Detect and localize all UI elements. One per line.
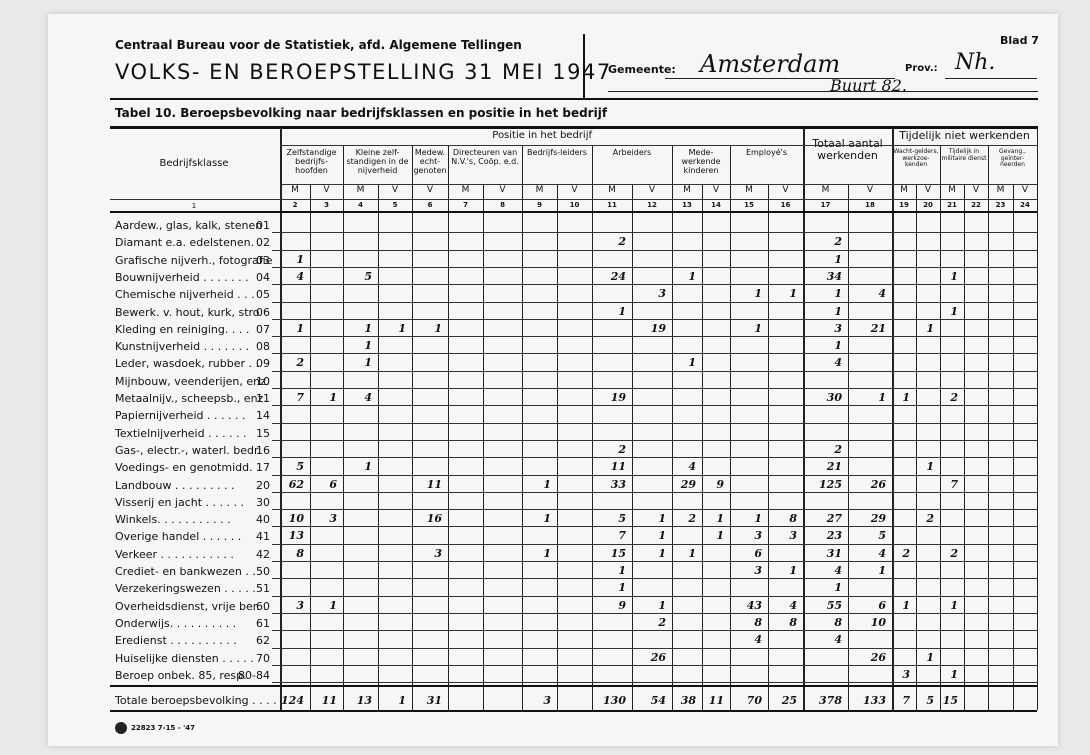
- row-code: 30: [245, 496, 270, 509]
- data-cell-value: 1: [522, 547, 551, 560]
- row-code: 08: [245, 340, 270, 353]
- data-cell-value: 19: [592, 391, 626, 404]
- data-cell-value: 10: [848, 616, 886, 629]
- data-cell-value: 1: [803, 287, 842, 300]
- column-group-header: Gevang., geïnter-neerden: [988, 149, 1037, 169]
- data-cell-value: 1: [672, 270, 696, 283]
- grid-vline: [412, 145, 413, 710]
- data-cell-value: 8: [803, 616, 842, 629]
- sex-column-header: M: [672, 186, 702, 196]
- grid-hline: [272, 440, 1037, 441]
- grid-vline: [988, 145, 989, 710]
- row-code: 02: [245, 236, 270, 249]
- column-group-header: Totaal aantal werkenden: [803, 138, 892, 162]
- data-cell-value: 4: [848, 547, 886, 560]
- form-title: VOLKS- EN BEROEPSTELLING 31 MEI 1947: [115, 60, 612, 84]
- data-cell-value: 8: [768, 512, 797, 525]
- grid-hline: [272, 682, 1037, 683]
- column-number: 23: [988, 202, 1013, 210]
- bureau-name: Centraal Bureau voor de Statistiek, afd.…: [115, 38, 612, 52]
- row-code: 80-84: [230, 669, 270, 682]
- total-cell-value: 124: [280, 694, 304, 707]
- data-cell-value: 2: [592, 443, 626, 456]
- data-cell-value: 1: [592, 305, 626, 318]
- column-number: 24: [1013, 202, 1037, 210]
- grid-hline: [272, 526, 1037, 527]
- grid-hline: [272, 561, 1037, 562]
- column-number: 3: [310, 202, 343, 210]
- table-title: Tabel 10. Beroepsbevolking naar bedrijfs…: [115, 106, 607, 120]
- grid-hline: [272, 475, 1037, 476]
- data-cell-value: 26: [848, 478, 886, 491]
- data-cell-value: 2: [803, 235, 842, 248]
- column-group-header: Zelfstandige bedrijfs-hoofden: [280, 149, 343, 175]
- data-cell-value: 1: [412, 322, 442, 335]
- data-cell-value: 1: [892, 391, 910, 404]
- row-label: Crediet- en bankwezen . .: [115, 565, 256, 578]
- data-cell-value: 7: [592, 529, 626, 542]
- data-cell-value: 2: [940, 547, 958, 560]
- column-number: 1: [110, 203, 278, 211]
- grid-hline: [272, 336, 1037, 337]
- grid-vline: [448, 145, 449, 710]
- grid-hline: [110, 685, 1037, 687]
- data-cell-value: 1: [916, 651, 934, 664]
- row-code: 62: [245, 634, 270, 647]
- data-cell-value: 3: [730, 564, 762, 577]
- gemeente-label: Gemeente:: [608, 63, 676, 76]
- sex-column-header: V: [964, 186, 988, 196]
- grid-vline: [672, 145, 673, 710]
- data-cell-value: 29: [672, 478, 696, 491]
- row-code: 20: [245, 479, 270, 492]
- row-label: Papiernijverheid . . . . . .: [115, 409, 245, 422]
- data-cell-value: 1: [632, 529, 666, 542]
- sex-column-header: V: [768, 186, 803, 196]
- positie-header: Positie in het bedrijf: [280, 130, 592, 141]
- total-cell-value: 70: [730, 694, 762, 707]
- data-cell-value: 9: [592, 599, 626, 612]
- grid-vline: [343, 145, 344, 710]
- data-cell-value: 4: [803, 633, 842, 646]
- data-cell-value: 3: [412, 547, 442, 560]
- row-label: Textielnijverheid . . . . . .: [115, 427, 247, 440]
- grid-hline: [272, 457, 1037, 458]
- buurt-value: Buurt 82.: [830, 76, 907, 95]
- data-cell-value: 1: [848, 391, 886, 404]
- grid-vline: [940, 145, 941, 710]
- row-label: Overheidsdienst, vrije ber. .: [115, 600, 267, 613]
- total-cell-value: 13: [343, 694, 372, 707]
- grid-hline: [272, 319, 1037, 320]
- data-cell-value: 1: [672, 547, 696, 560]
- row-label: Aardew., glas, kalk, stenen: [115, 219, 262, 232]
- printer-logo-icon: [115, 722, 127, 734]
- row-code: 04: [245, 271, 270, 284]
- print-footer: 22823 7-15 - '47: [115, 722, 195, 734]
- column-number: 11: [592, 202, 632, 210]
- grid-hline: [272, 423, 1037, 424]
- grid-vline: [892, 128, 894, 710]
- data-cell-value: 26: [848, 651, 886, 664]
- column-number: 4: [343, 202, 378, 210]
- data-cell-value: 1: [940, 668, 958, 681]
- row-label: Kleding en reiniging. . . .: [115, 323, 249, 336]
- sex-column-header: V: [916, 186, 940, 196]
- data-cell-value: 4: [768, 599, 797, 612]
- column-number: 21: [940, 202, 964, 210]
- grid-hline: [110, 710, 1037, 712]
- form-header: Centraal Bureau voor de Statistiek, afd.…: [115, 38, 612, 84]
- data-cell-value: 6: [730, 547, 762, 560]
- column-group-header: Medew. echt-genoten: [412, 149, 448, 175]
- data-cell-value: 1: [632, 599, 666, 612]
- column-number: 9: [522, 202, 557, 210]
- grid-hline: [272, 267, 1037, 268]
- data-cell-value: 11: [592, 460, 626, 473]
- data-cell-value: 3: [768, 529, 797, 542]
- data-cell-value: 2: [672, 512, 696, 525]
- grid-hline: [272, 613, 1037, 614]
- row-code: 70: [245, 652, 270, 665]
- row-label: Winkels. . . . . . . . . . .: [115, 513, 231, 526]
- data-cell-value: 1: [803, 339, 842, 352]
- row-code: 05: [245, 288, 270, 301]
- row-code: 07: [245, 323, 270, 336]
- data-cell-value: 1: [803, 305, 842, 318]
- row-label: Gas-, electr.-, waterl. bedr.: [115, 444, 261, 457]
- column-number: 6: [412, 202, 448, 210]
- grid-hline: [272, 371, 1037, 372]
- grid-hline: [272, 284, 1037, 285]
- data-cell-value: 1: [803, 581, 842, 594]
- data-cell-value: 8: [730, 616, 762, 629]
- data-cell-value: 21: [803, 460, 842, 473]
- grid-hline: [280, 184, 1037, 185]
- sheet-number: Blad 7: [1000, 34, 1039, 47]
- sex-column-header: V: [310, 186, 343, 196]
- sex-column-header: M: [940, 186, 964, 196]
- total-cell-value: 7: [892, 694, 910, 707]
- buurt-line: [608, 91, 1038, 92]
- data-cell-value: 1: [632, 547, 666, 560]
- grid-hline: [272, 578, 1037, 579]
- data-cell-value: 1: [343, 322, 372, 335]
- prov-label: Prov.:: [905, 63, 938, 74]
- sex-column-header: M: [280, 186, 310, 196]
- sex-column-header: V: [1013, 186, 1037, 196]
- row-label: Chemische nijverheid . . .: [115, 288, 255, 301]
- data-cell-value: 27: [803, 512, 842, 525]
- data-cell-value: 1: [702, 529, 724, 542]
- data-cell-value: 1: [730, 512, 762, 525]
- data-cell-value: 29: [848, 512, 886, 525]
- data-cell-value: 4: [280, 270, 304, 283]
- column-number: 5: [378, 202, 412, 210]
- data-cell-value: 1: [280, 253, 304, 266]
- data-cell-value: 1: [592, 564, 626, 577]
- data-cell-value: 3: [632, 287, 666, 300]
- data-cell-value: 11: [412, 478, 442, 491]
- data-cell-value: 3: [280, 599, 304, 612]
- row-label: Bewerk. v. hout, kurk, stro: [115, 306, 260, 319]
- grid-hline: [272, 596, 1037, 597]
- sex-column-header: M: [892, 186, 916, 196]
- total-label: Totale beroepsbevolking . . . .: [115, 694, 277, 707]
- data-cell-value: 1: [378, 322, 406, 335]
- data-cell-value: 19: [632, 322, 666, 335]
- data-cell-value: 1: [940, 270, 958, 283]
- data-cell-value: 10: [280, 512, 304, 525]
- data-cell-value: 1: [310, 391, 337, 404]
- column-number: 18: [848, 202, 892, 210]
- column-group-header: Arbeiders: [592, 149, 672, 158]
- row-code: 51: [245, 582, 270, 595]
- total-cell-value: 54: [632, 694, 666, 707]
- data-cell-value: 1: [730, 322, 762, 335]
- total-cell-value: 130: [592, 694, 626, 707]
- data-cell-value: 26: [632, 651, 666, 664]
- column-number: 16: [768, 202, 803, 210]
- grid-hline: [272, 509, 1037, 510]
- data-cell-value: 34: [803, 270, 842, 283]
- row-label: Verkeer . . . . . . . . . . .: [115, 548, 234, 561]
- data-cell-value: 1: [768, 564, 797, 577]
- row-label: Kunstnijverheid . . . . . . .: [115, 340, 249, 353]
- row-label: Eredienst . . . . . . . . . .: [115, 634, 237, 647]
- data-cell-value: 2: [892, 547, 910, 560]
- sex-column-header: V: [848, 186, 892, 196]
- sex-column-header: V: [483, 186, 522, 196]
- total-cell-value: 31: [412, 694, 442, 707]
- row-code: 15: [245, 427, 270, 440]
- data-cell-value: 1: [940, 599, 958, 612]
- row-label: Huiselijke diensten . . . . .: [115, 652, 254, 665]
- sex-column-header: M: [592, 186, 632, 196]
- data-cell-value: 2: [280, 356, 304, 369]
- sex-column-header: M: [343, 186, 378, 196]
- header-divider: [583, 34, 585, 100]
- total-cell-value: 1: [378, 694, 406, 707]
- column-number: 19: [892, 202, 916, 210]
- sex-column-header: V: [557, 186, 592, 196]
- sex-column-header: M: [730, 186, 768, 196]
- data-cell-value: 9: [702, 478, 724, 491]
- row-code: 03: [245, 254, 270, 267]
- print-code: 22823 7-15 - '47: [131, 724, 195, 732]
- data-cell-value: 1: [768, 287, 797, 300]
- prov-value: Nh.: [955, 50, 995, 75]
- sex-column-header: V: [412, 186, 448, 196]
- data-cell-value: 4: [730, 633, 762, 646]
- data-cell-value: 2: [632, 616, 666, 629]
- grid-hline: [272, 492, 1037, 493]
- row-code: 16: [245, 444, 270, 457]
- data-cell-value: 1: [280, 322, 304, 335]
- tijdelijk-header: Tijdelijk niet werkenden: [892, 130, 1037, 142]
- data-cell-value: 4: [803, 356, 842, 369]
- data-cell-value: 24: [592, 270, 626, 283]
- row-code: 50: [245, 565, 270, 578]
- column-number: 2: [280, 202, 310, 210]
- data-cell-value: 2: [803, 443, 842, 456]
- data-cell-value: 1: [848, 564, 886, 577]
- data-cell-value: 8: [280, 547, 304, 560]
- data-cell-value: 55: [803, 599, 842, 612]
- grid-vline: [522, 145, 523, 710]
- row-code: 11: [245, 392, 270, 405]
- sex-column-header: M: [988, 186, 1013, 196]
- grid-hline: [272, 353, 1037, 354]
- data-cell-value: 3: [892, 668, 910, 681]
- grid-hline: [110, 199, 1037, 200]
- data-cell-value: 3: [310, 512, 337, 525]
- grid-vline: [280, 128, 282, 710]
- data-cell-value: 6: [310, 478, 337, 491]
- column-number: 14: [702, 202, 730, 210]
- data-cell-value: 1: [803, 253, 842, 266]
- grid-vline: [1037, 128, 1038, 710]
- row-label: Leder, wasdoek, rubber . .: [115, 357, 259, 370]
- data-cell-value: 21: [848, 322, 886, 335]
- data-cell-value: 13: [280, 529, 304, 542]
- row-code: 09: [245, 357, 270, 370]
- data-cell-value: 7: [940, 478, 958, 491]
- data-cell-value: 3: [803, 322, 842, 335]
- column-number: 20: [916, 202, 940, 210]
- total-cell-value: 11: [310, 694, 337, 707]
- data-cell-value: 1: [343, 356, 372, 369]
- row-code: 06: [245, 306, 270, 319]
- rule: [110, 98, 1038, 100]
- row-label: Beroep onbek. 85, resp.: [115, 669, 247, 682]
- data-cell-value: 4: [848, 287, 886, 300]
- data-cell-value: 23: [803, 529, 842, 542]
- total-cell-value: 133: [848, 694, 886, 707]
- column-number: 17: [803, 202, 848, 210]
- row-code: 40: [245, 513, 270, 526]
- total-cell-value: 11: [702, 694, 724, 707]
- row-label: Diamant e.a. edelstenen. .: [115, 236, 261, 249]
- grid-hline: [272, 544, 1037, 545]
- data-cell-value: 1: [916, 460, 934, 473]
- grid-hline: [272, 630, 1037, 631]
- row-code: 61: [245, 617, 270, 630]
- total-cell-value: 5: [916, 694, 934, 707]
- column-number: 13: [672, 202, 702, 210]
- data-cell-value: 2: [592, 235, 626, 248]
- total-cell-value: 25: [768, 694, 797, 707]
- grid-hline: [110, 211, 1037, 213]
- data-cell-value: 43: [730, 599, 762, 612]
- data-cell-value: 1: [632, 512, 666, 525]
- data-cell-value: 8: [768, 616, 797, 629]
- data-cell-value: 6: [848, 599, 886, 612]
- gemeente-value: Amsterdam: [700, 50, 840, 78]
- column-number: 7: [448, 202, 483, 210]
- column-group-header: Kleine zelf-standigen in de nijverheid: [343, 149, 412, 175]
- grid-hline: [272, 648, 1037, 649]
- data-cell-value: 2: [940, 391, 958, 404]
- data-cell-value: 1: [310, 599, 337, 612]
- data-cell-value: 4: [343, 391, 372, 404]
- data-cell-value: 5: [592, 512, 626, 525]
- data-cell-value: 1: [702, 512, 724, 525]
- data-cell-value: 30: [803, 391, 842, 404]
- row-code: 60: [245, 600, 270, 613]
- sex-column-header: V: [702, 186, 730, 196]
- grid-hline: [272, 232, 1037, 233]
- data-cell-value: 1: [522, 478, 551, 491]
- sex-column-header: V: [378, 186, 412, 196]
- row-code: 17: [245, 461, 270, 474]
- grid-hline: [272, 665, 1037, 666]
- data-cell-value: 2: [916, 512, 934, 525]
- row-label: Verzekeringswezen . . . . .: [115, 582, 256, 595]
- data-cell-value: 4: [672, 460, 696, 473]
- row-label: Onderwijs. . . . . . . . . .: [115, 617, 236, 630]
- column-number: 8: [483, 202, 522, 210]
- data-cell-value: 15: [592, 547, 626, 560]
- total-cell-value: 3: [522, 694, 551, 707]
- data-cell-value: 5: [280, 460, 304, 473]
- sex-column-header: M: [448, 186, 483, 196]
- grid-hline: [272, 405, 1037, 406]
- column-group-header: Bedrijfs-leiders: [522, 149, 592, 158]
- data-cell-value: 1: [916, 322, 934, 335]
- data-cell-value: 125: [803, 478, 842, 491]
- column-number: 12: [632, 202, 672, 210]
- column-group-header: Mede-werkende kinderen: [672, 149, 730, 175]
- total-cell-value: 38: [672, 694, 696, 707]
- row-code: 10: [245, 375, 270, 388]
- column-group-header: Wacht-gelders, werkzoe-kenden: [892, 149, 940, 169]
- column-number: 10: [557, 202, 592, 210]
- sex-column-header: M: [522, 186, 557, 196]
- data-cell-value: 1: [343, 460, 372, 473]
- data-cell-value: 1: [892, 599, 910, 612]
- sex-column-header: V: [632, 186, 672, 196]
- grid-hline: [272, 250, 1037, 251]
- column-group-header: Tijdelijk in militaire dienst: [940, 149, 988, 162]
- data-cell-value: 1: [522, 512, 551, 525]
- column-group-header: Employé's: [730, 149, 803, 158]
- data-cell-value: 33: [592, 478, 626, 491]
- grid-hline: [280, 145, 1037, 146]
- data-cell-value: 4: [803, 564, 842, 577]
- data-cell-value: 5: [848, 529, 886, 542]
- row-code: 01: [245, 219, 270, 232]
- row-code: 41: [245, 530, 270, 543]
- total-cell-value: 378: [803, 694, 842, 707]
- bedrijfsklasse-header: Bedrijfsklasse: [110, 158, 278, 169]
- data-cell-value: 62: [280, 478, 304, 491]
- data-cell-value: 1: [592, 581, 626, 594]
- column-group-header: Directeuren van N.V.'s, Coöp. e.d.: [448, 149, 522, 167]
- sex-column-header: M: [803, 186, 848, 196]
- data-cell-value: 1: [672, 356, 696, 369]
- row-label: Overige handel . . . . . .: [115, 530, 241, 543]
- row-label: Voedings- en genotmidd. .: [115, 461, 260, 474]
- grid-hline: [272, 388, 1037, 389]
- column-number: 22: [964, 202, 988, 210]
- data-cell-value: 31: [803, 547, 842, 560]
- row-code: 42: [245, 548, 270, 561]
- data-cell-value: 16: [412, 512, 442, 525]
- row-label: Bouwnijverheid . . . . . . .: [115, 271, 249, 284]
- column-number: 15: [730, 202, 768, 210]
- row-label: Landbouw . . . . . . . . .: [115, 479, 234, 492]
